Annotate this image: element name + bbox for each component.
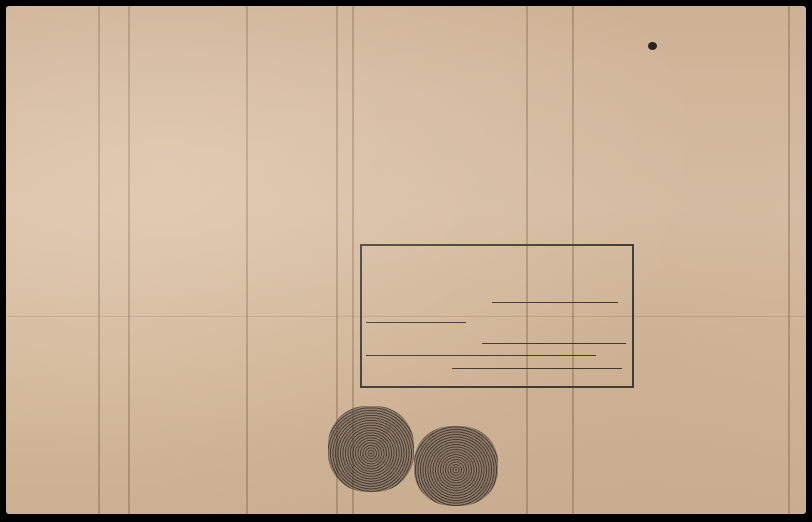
underline [366,355,596,356]
fold-line [336,6,338,514]
fingerprint-left [328,406,414,492]
underline [452,368,622,369]
immigration-stamp [360,244,634,388]
fold-line [98,6,100,514]
fold-line [246,6,248,514]
underline [366,322,466,323]
fold-line [352,6,354,514]
fingerprint-right [414,426,498,506]
underline [492,302,618,303]
ink-spot [648,42,657,50]
underline [482,343,626,344]
document-page [6,6,806,514]
fold-line [526,6,528,514]
fold-line [6,316,806,317]
fold-line [572,6,574,514]
fold-line [128,6,130,514]
fold-line [788,6,790,514]
